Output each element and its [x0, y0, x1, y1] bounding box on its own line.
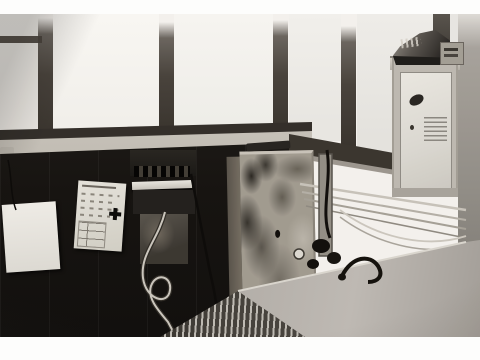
- cable-on-desk: [342, 259, 380, 282]
- desk-details: [0, 14, 480, 337]
- photo-print: Cable conduits along right wall: [0, 0, 480, 360]
- photograph: Cable conduits along right wall: [0, 14, 480, 337]
